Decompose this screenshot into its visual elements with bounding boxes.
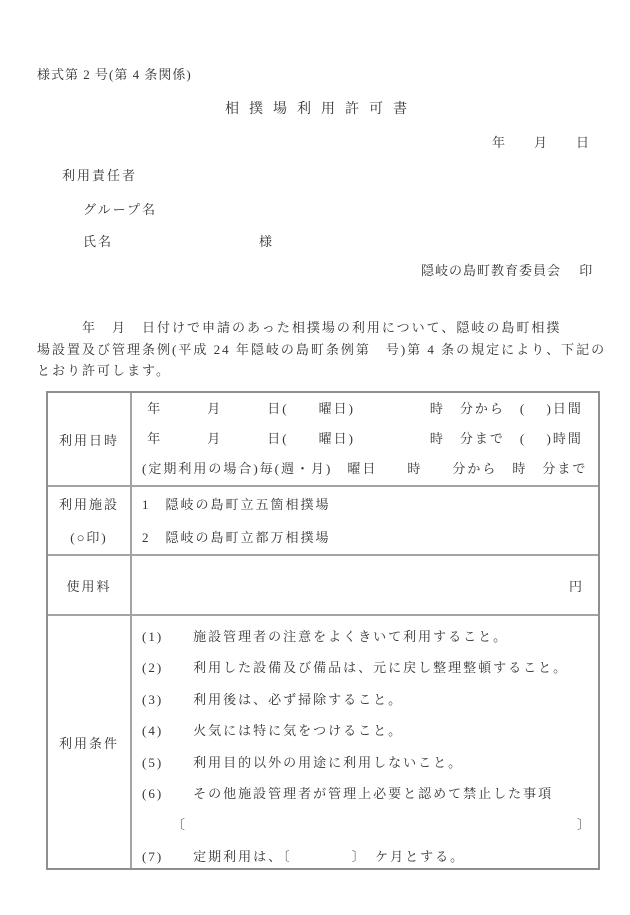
facility-label-text: 利用施設	[59, 488, 119, 521]
issue-date-line: 年 月 日	[492, 132, 590, 151]
issuer-seal-line: 隠岐の島町教育委員会 印	[421, 260, 593, 279]
datetime-line-until: 年 月 日( 曜日) 時 分まで ( )時間	[142, 424, 598, 454]
responsible-person-label: 利用責任者	[62, 165, 137, 184]
condition-6: (6) その他施設管理者が管理上必要と認めて禁止した事項	[142, 778, 598, 809]
condition-5: (5) 利用目的以外の用途に利用しないこと。	[142, 747, 598, 778]
document-title: 相撲場利用許可書	[0, 98, 630, 118]
body-line-3: とおり許可します。	[37, 360, 603, 382]
row-label-datetime: 利用日時	[48, 393, 132, 485]
datetime-line-from: 年 月 日( 曜日) 時 分から ( )日間	[142, 394, 598, 424]
condition-4: (4) 火気には特に気をつけること。	[142, 715, 598, 746]
permit-table: 利用日時 年 月 日( 曜日) 時 分から ( )日間 年 月 日( 曜日) 時…	[46, 391, 600, 870]
group-name-label: グループ名	[83, 199, 157, 218]
table-row-conditions: 利用条件 (1) 施設管理者の注意をよくきいて利用すること。 (2) 利用した設…	[48, 614, 598, 868]
row-label-facility: 利用施設 (○印)	[48, 487, 132, 554]
table-row-fee: 使用料 円	[48, 554, 598, 614]
facility-circle-mark-label: (○印)	[70, 521, 108, 554]
row-label-fee: 使用料	[48, 556, 132, 614]
condition-7: (7) 定期利用は、〔 〕 ケ月とする。	[142, 841, 598, 868]
name-row: 氏名様	[83, 231, 274, 250]
permit-document-page: 様式第 2 号(第 4 条関係) 相撲場利用許可書 年 月 日 利用責任者 グル…	[0, 0, 630, 915]
close-bracket: 〕	[577, 809, 592, 840]
fee-unit-yen: 円	[569, 576, 584, 595]
datetime-line-regular: (定期利用の場合)毎(週・月) 曜日 時 分から 時 分まで	[142, 454, 598, 484]
facility-option-2: 2 隠岐の島町立都万相撲場	[142, 521, 598, 554]
facility-option-1: 1 隠岐の島町立五箇相撲場	[142, 488, 598, 521]
datetime-fill-area: 年 月 日( 曜日) 時 分から ( )日間 年 月 日( 曜日) 時 分まで …	[132, 393, 598, 485]
open-bracket: 〔	[172, 809, 187, 840]
name-label: 氏名	[83, 234, 113, 249]
condition-2: (2) 利用した設備及び備品は、元に戻し整理整頓すること。	[142, 652, 598, 683]
condition-1: (1) 施設管理者の注意をよくきいて利用すること。	[142, 621, 598, 652]
table-row-facility: 利用施設 (○印) 1 隠岐の島町立五箇相撲場 2 隠岐の島町立都万相撲場	[48, 485, 598, 554]
facility-options: 1 隠岐の島町立五箇相撲場 2 隠岐の島町立都万相撲場	[132, 487, 598, 554]
form-number: 様式第 2 号(第 4 条関係)	[37, 64, 192, 83]
condition-3: (3) 利用後は、必ず掃除すること。	[142, 684, 598, 715]
row-label-conditions: 利用条件	[48, 616, 132, 868]
body-line-2: 場設置及び管理条例(平成 24 年隠岐の島町条例第 号)第 4 条の規定により、…	[37, 339, 603, 361]
body-paragraph: 年 月 日付けで申請のあった相撲場の利用について、隠岐の島町相撲 場設置及び管理…	[37, 317, 603, 382]
conditions-list: (1) 施設管理者の注意をよくきいて利用すること。 (2) 利用した設備及び備品…	[132, 616, 598, 868]
body-line-1: 年 月 日付けで申請のあった相撲場の利用について、隠岐の島町相撲	[37, 317, 603, 339]
table-row-datetime: 利用日時 年 月 日( 曜日) 時 分から ( )日間 年 月 日( 曜日) 時…	[48, 393, 598, 485]
fee-fill-area: 円	[132, 556, 598, 614]
condition-6-fill-line: 〔 〕	[142, 809, 598, 840]
honorific-label: 様	[259, 234, 274, 249]
